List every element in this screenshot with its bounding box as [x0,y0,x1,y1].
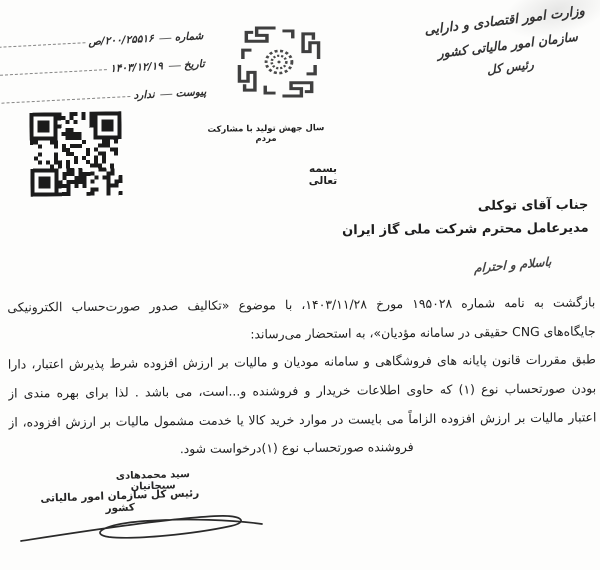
leader-line [1,95,130,103]
letter-number-row: شماره ۲۰۰/۲۵۵۱۶/ص [0,27,204,56]
letterhead: وزارت امور اقتصادی و دارایی سازمان امور … [409,2,600,86]
scanned-letter: وزارت امور اقتصادی و دارایی سازمان امور … [0,0,600,570]
leader-line [161,93,173,95]
leader-line [0,69,107,76]
body-line: بازگشت به نامه شماره ۱۹۵۰۲۸ مورخ ۱۴۰۳/۱۱… [7,288,595,322]
letter-attachment-row: پیوست ندارد [1,83,207,112]
basmala: بسمه تعالی [294,163,352,187]
tax-administration-emblem-icon [236,25,322,99]
recipient-title: مدیرعامل محترم شرکت ملی گاز ایران [343,221,590,239]
attachment-label: پیوست [175,86,206,100]
handwritten-salutation: باسلام و احترام [474,255,552,276]
number-value: ۲۰۰/۲۵۵۱۶/ص [85,32,157,48]
handwritten-signature-icon [18,500,270,546]
qr-code-icon [29,111,122,197]
letter-body: بازگشت به نامه شماره ۱۹۵۰۲۸ مورخ ۱۴۰۳/۱۱… [7,288,596,465]
leader-line [0,42,85,48]
date-label: تاریخ [184,58,206,71]
attachment-value: ندارد [130,89,158,102]
recipient-block: جناب آقای توکلی مدیرعامل محترم شرکت ملی … [342,198,589,239]
body-line: اعتبار مالیات بر ارزش افزوده الزاماً می … [8,403,596,437]
year-slogan: سال جهش تولید با مشارکت مردم [202,123,330,145]
leader-line [169,65,181,67]
leader-line [160,37,172,39]
date-value: ۱۴۰۳/۱۲/۱۹ [107,60,166,75]
number-label: شماره [174,30,203,43]
letter-date-row: تاریخ ۱۴۰۳/۱۲/۱۹ [0,55,205,84]
letter-meta: شماره ۲۰۰/۲۵۵۱۶/ص تاریخ ۱۴۰۳/۱۲/۱۹ پیوست… [0,27,207,122]
body-line: فروشنده صورتحساب نوع (۱)درخواست شود. [9,432,597,466]
recipient-name: جناب آقای توکلی [342,198,589,216]
